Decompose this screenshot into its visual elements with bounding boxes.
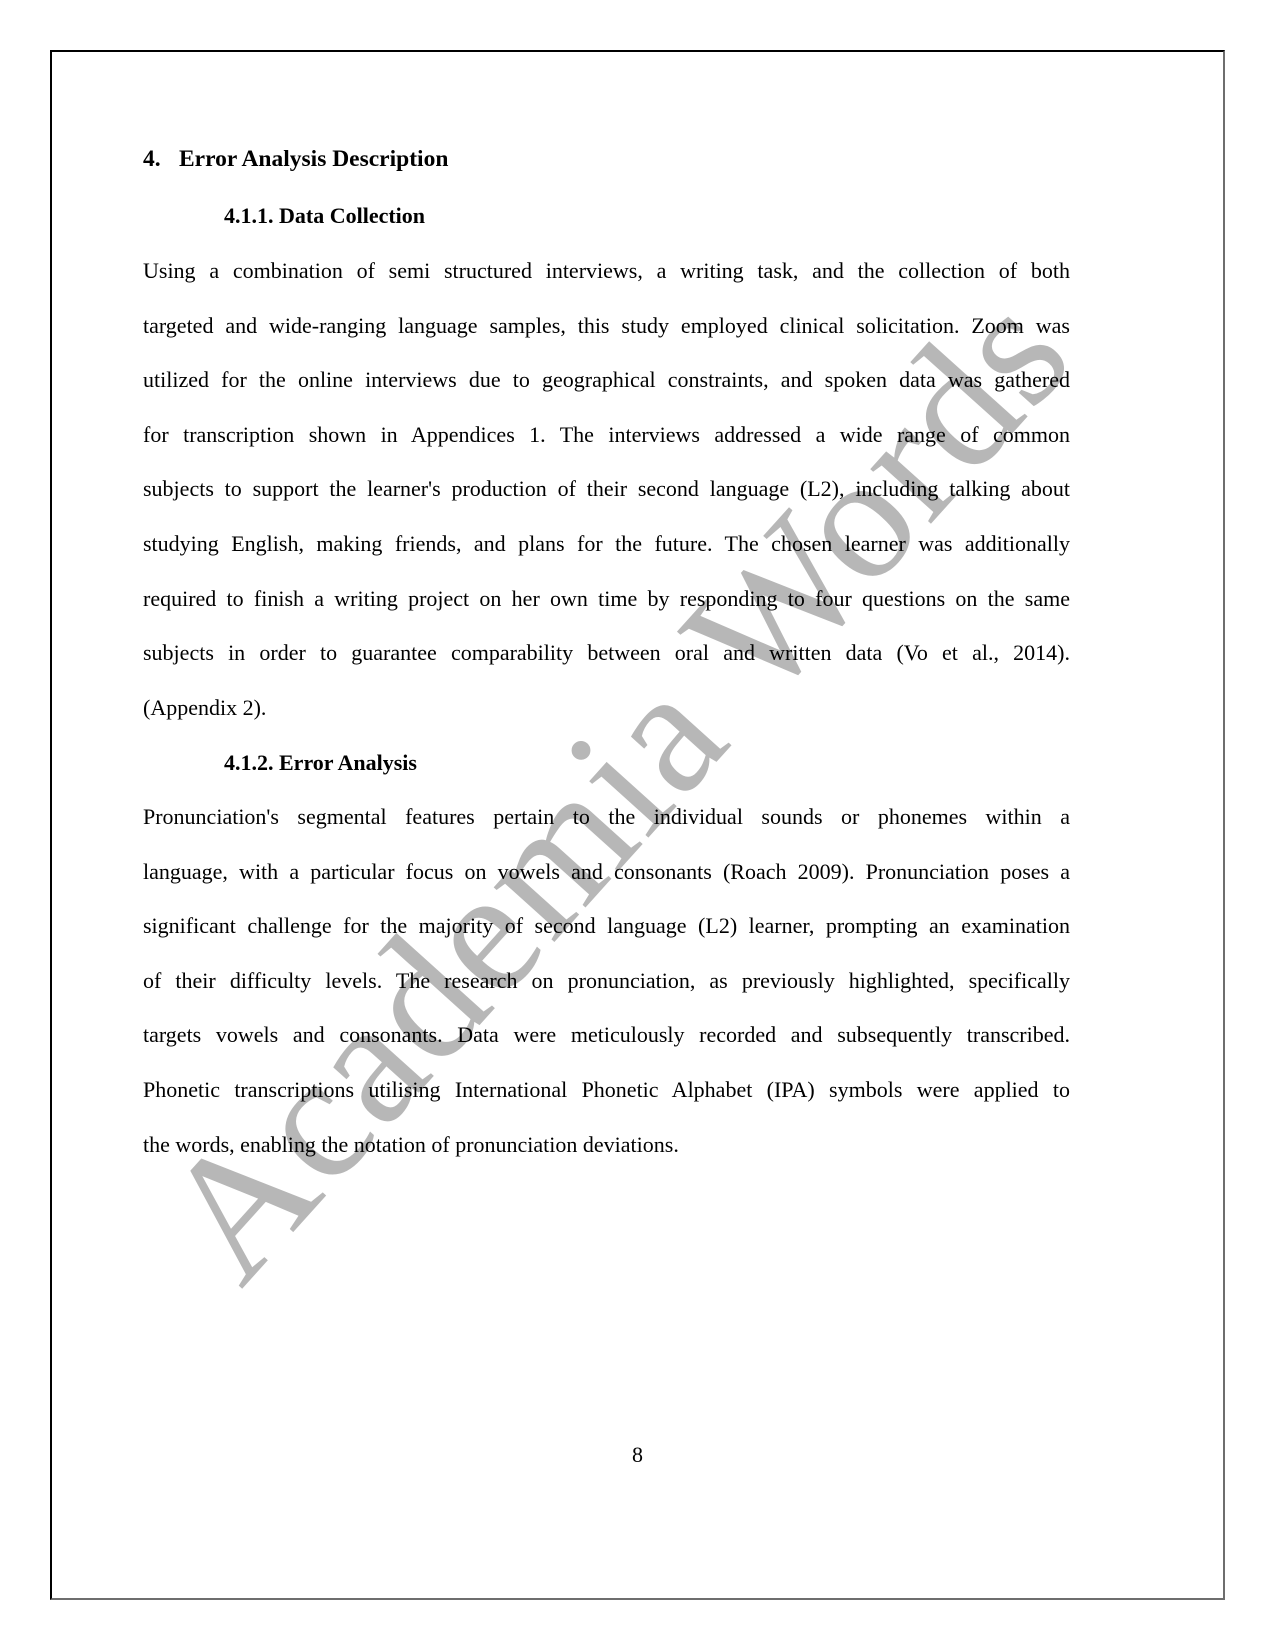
section-heading: 4.Error Analysis Description bbox=[143, 144, 448, 174]
paragraph-line: targets vowels and consonants. Data were… bbox=[143, 1020, 1070, 1050]
paragraph-line: of their difficulty levels. The research… bbox=[143, 966, 1070, 996]
section-title: Error Analysis Description bbox=[179, 146, 448, 172]
paragraph-line: targeted and wide-ranging language sampl… bbox=[143, 311, 1070, 341]
paragraph-line: subjects to support the learner's produc… bbox=[143, 474, 1070, 504]
paragraph-line: required to finish a writing project on … bbox=[143, 584, 1070, 614]
subsection-heading-data-collection: 4.1.1. Data Collection bbox=[224, 201, 425, 231]
paragraph-line: subjects in order to guarantee comparabi… bbox=[143, 638, 1070, 668]
page-number: 8 bbox=[0, 1440, 1275, 1470]
subsection-heading-error-analysis: 4.1.2. Error Analysis bbox=[224, 748, 417, 778]
paragraph-line: utilized for the online interviews due t… bbox=[143, 365, 1070, 395]
paragraph-line: Phonetic transcriptions utilising Intern… bbox=[143, 1075, 1070, 1105]
paragraph-line: significant challenge for the majority o… bbox=[143, 911, 1070, 941]
paragraph-line: Pronunciation's segmental features perta… bbox=[143, 802, 1070, 832]
paragraph-line: (Appendix 2). bbox=[143, 693, 1070, 723]
paragraph-line: the words, enabling the notation of pron… bbox=[143, 1130, 1070, 1160]
paragraph-line: language, with a particular focus on vow… bbox=[143, 857, 1070, 887]
paragraph-line: for transcription shown in Appendices 1.… bbox=[143, 420, 1070, 450]
paragraph-line: studying English, making friends, and pl… bbox=[143, 529, 1070, 559]
paragraph-line: Using a combination of semi structured i… bbox=[143, 256, 1070, 286]
section-number: 4. bbox=[143, 144, 179, 174]
